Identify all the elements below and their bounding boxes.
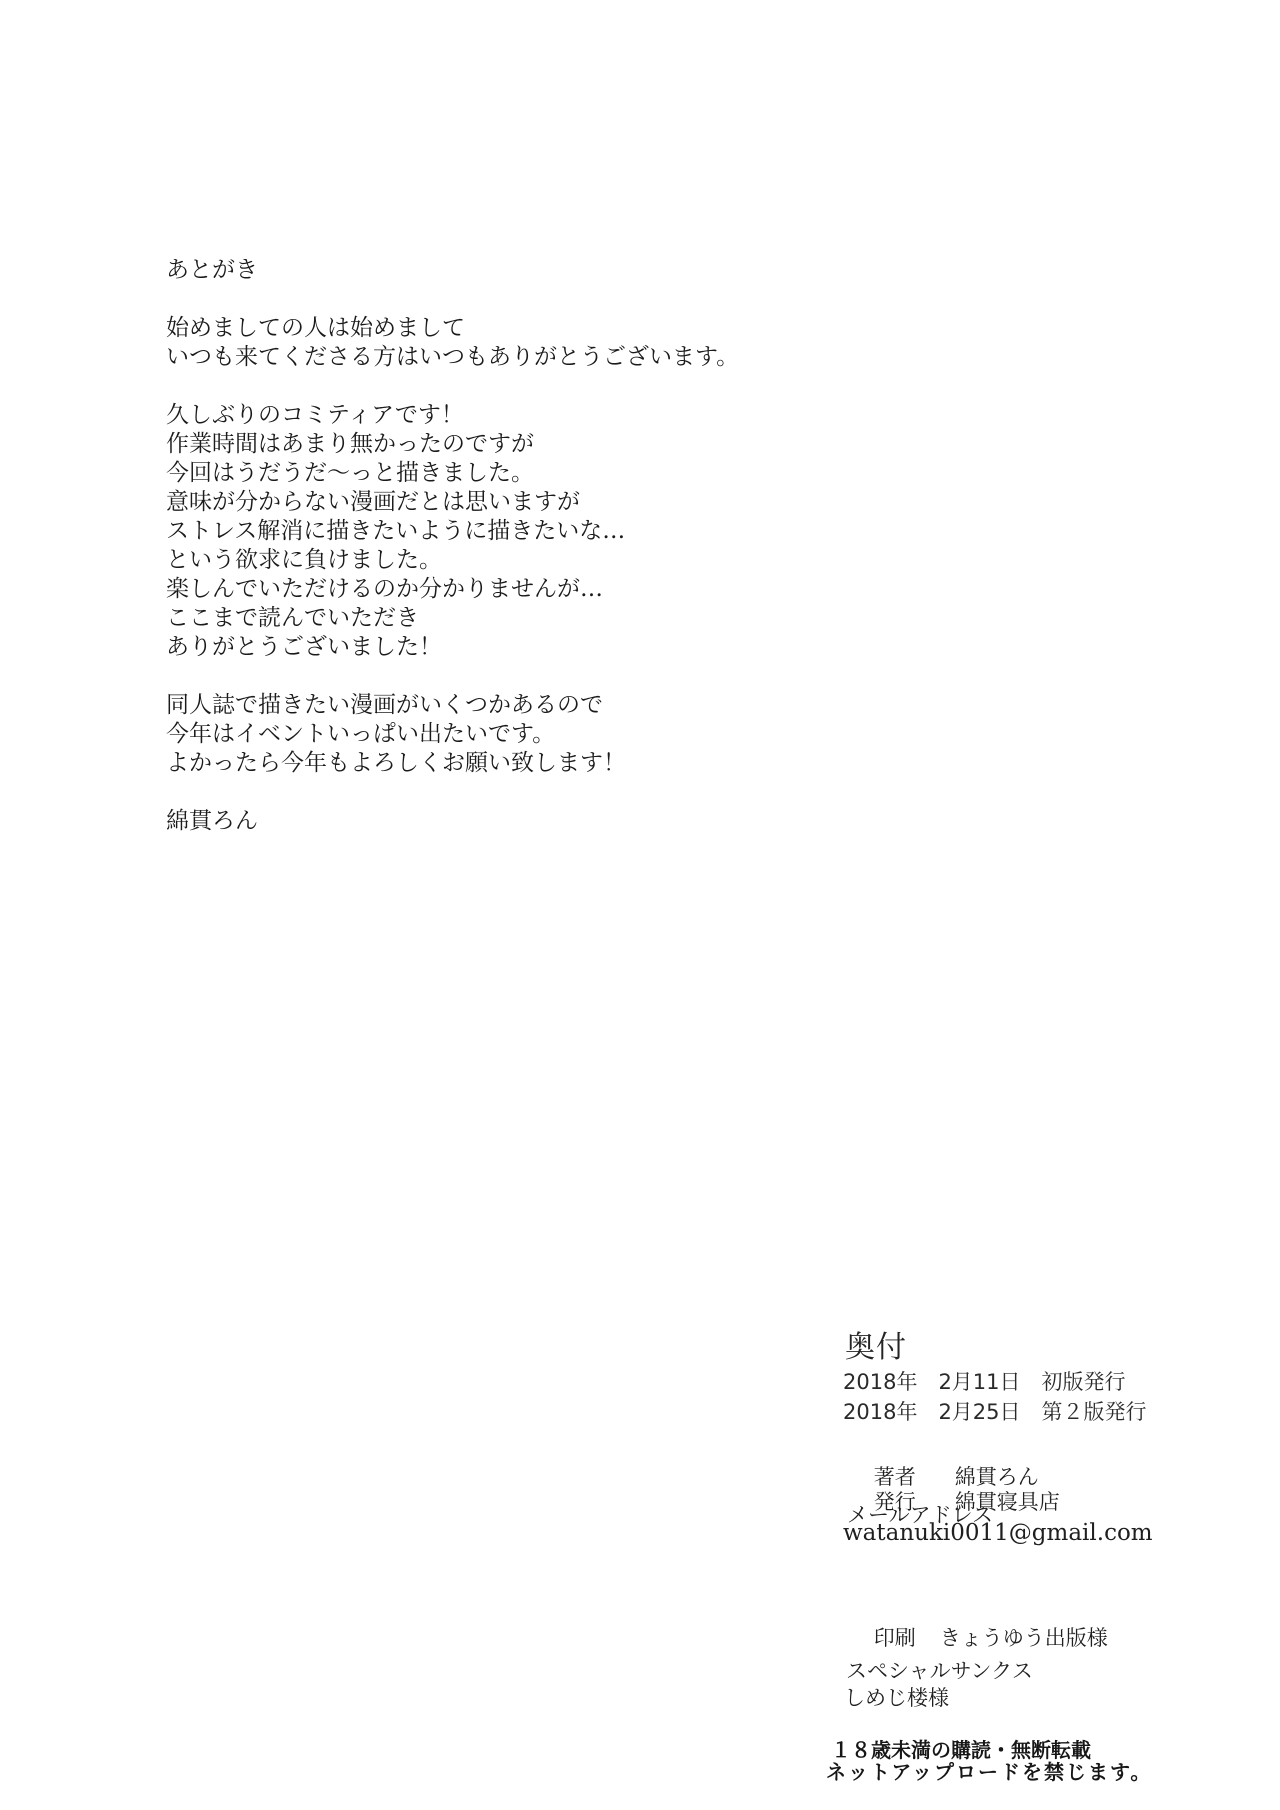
afterword-line: [166, 662, 739, 691]
afterword-line: 綿貫ろん: [166, 807, 739, 836]
second-edition-date-line: 2018年 2月25日 第２版発行: [843, 1396, 1147, 1426]
afterword-line: ありがとうございました！: [166, 633, 739, 662]
afterword-line: よかったら今年もよろしくお願い致します！: [166, 749, 739, 778]
afterword-line: いつも来てくださる方はいつもありがとうございます。: [166, 343, 739, 372]
afterword-line: 久しぶりのコミティアです！: [166, 401, 739, 430]
afterword-line: ここまで読んでいただき: [166, 604, 739, 633]
special-thanks-label: スペシャルサンクス: [846, 1655, 1033, 1685]
afterword-line: [166, 778, 739, 807]
afterword-line: 今年はイベントいっぱい出たいです。: [166, 720, 739, 749]
afterword-text-block: あとがき 始めましての人は始めましていつも来てくださる方はいつもありがとうござい…: [166, 256, 739, 836]
afterword-line: 楽しんでいただけるのか分かりませんが…: [166, 575, 739, 604]
scanned-afterword-page: あとがき 始めましての人は始めましていつも来てくださる方はいつもありがとうござい…: [0, 0, 1280, 1810]
afterword-line: あとがき: [166, 256, 739, 285]
afterword-line: という欲求に負けました。: [166, 546, 739, 575]
special-thanks-name: しめじ楼様: [844, 1682, 949, 1712]
afterword-line: 今回はうだうだ～っと描きました。: [166, 459, 739, 488]
afterword-line: [166, 372, 739, 401]
printer-label: 印刷: [874, 1622, 940, 1652]
afterword-line: 作業時間はあまり無かったのですが: [166, 430, 739, 459]
afterword-line: 意味が分からない漫画だとは思いますが: [166, 488, 739, 517]
afterword-line: [166, 285, 739, 314]
email-address: watanuki0011@gmail.com: [843, 1520, 1153, 1546]
first-edition-date-line: 2018年 2月11日 初版発行: [843, 1366, 1126, 1396]
colophon-title: 奥付: [845, 1322, 907, 1366]
age-restriction-notice-line2: ネットアップロードを禁じます。: [826, 1756, 1152, 1785]
afterword-line: ストレス解消に描きたいように描きたいな…: [166, 517, 739, 546]
afterword-line: 始めましての人は始めまして: [166, 314, 739, 343]
printer-name: きょうゆう出版様: [940, 1626, 1108, 1650]
afterword-line: 同人誌で描きたい漫画がいくつかあるので: [166, 691, 739, 720]
